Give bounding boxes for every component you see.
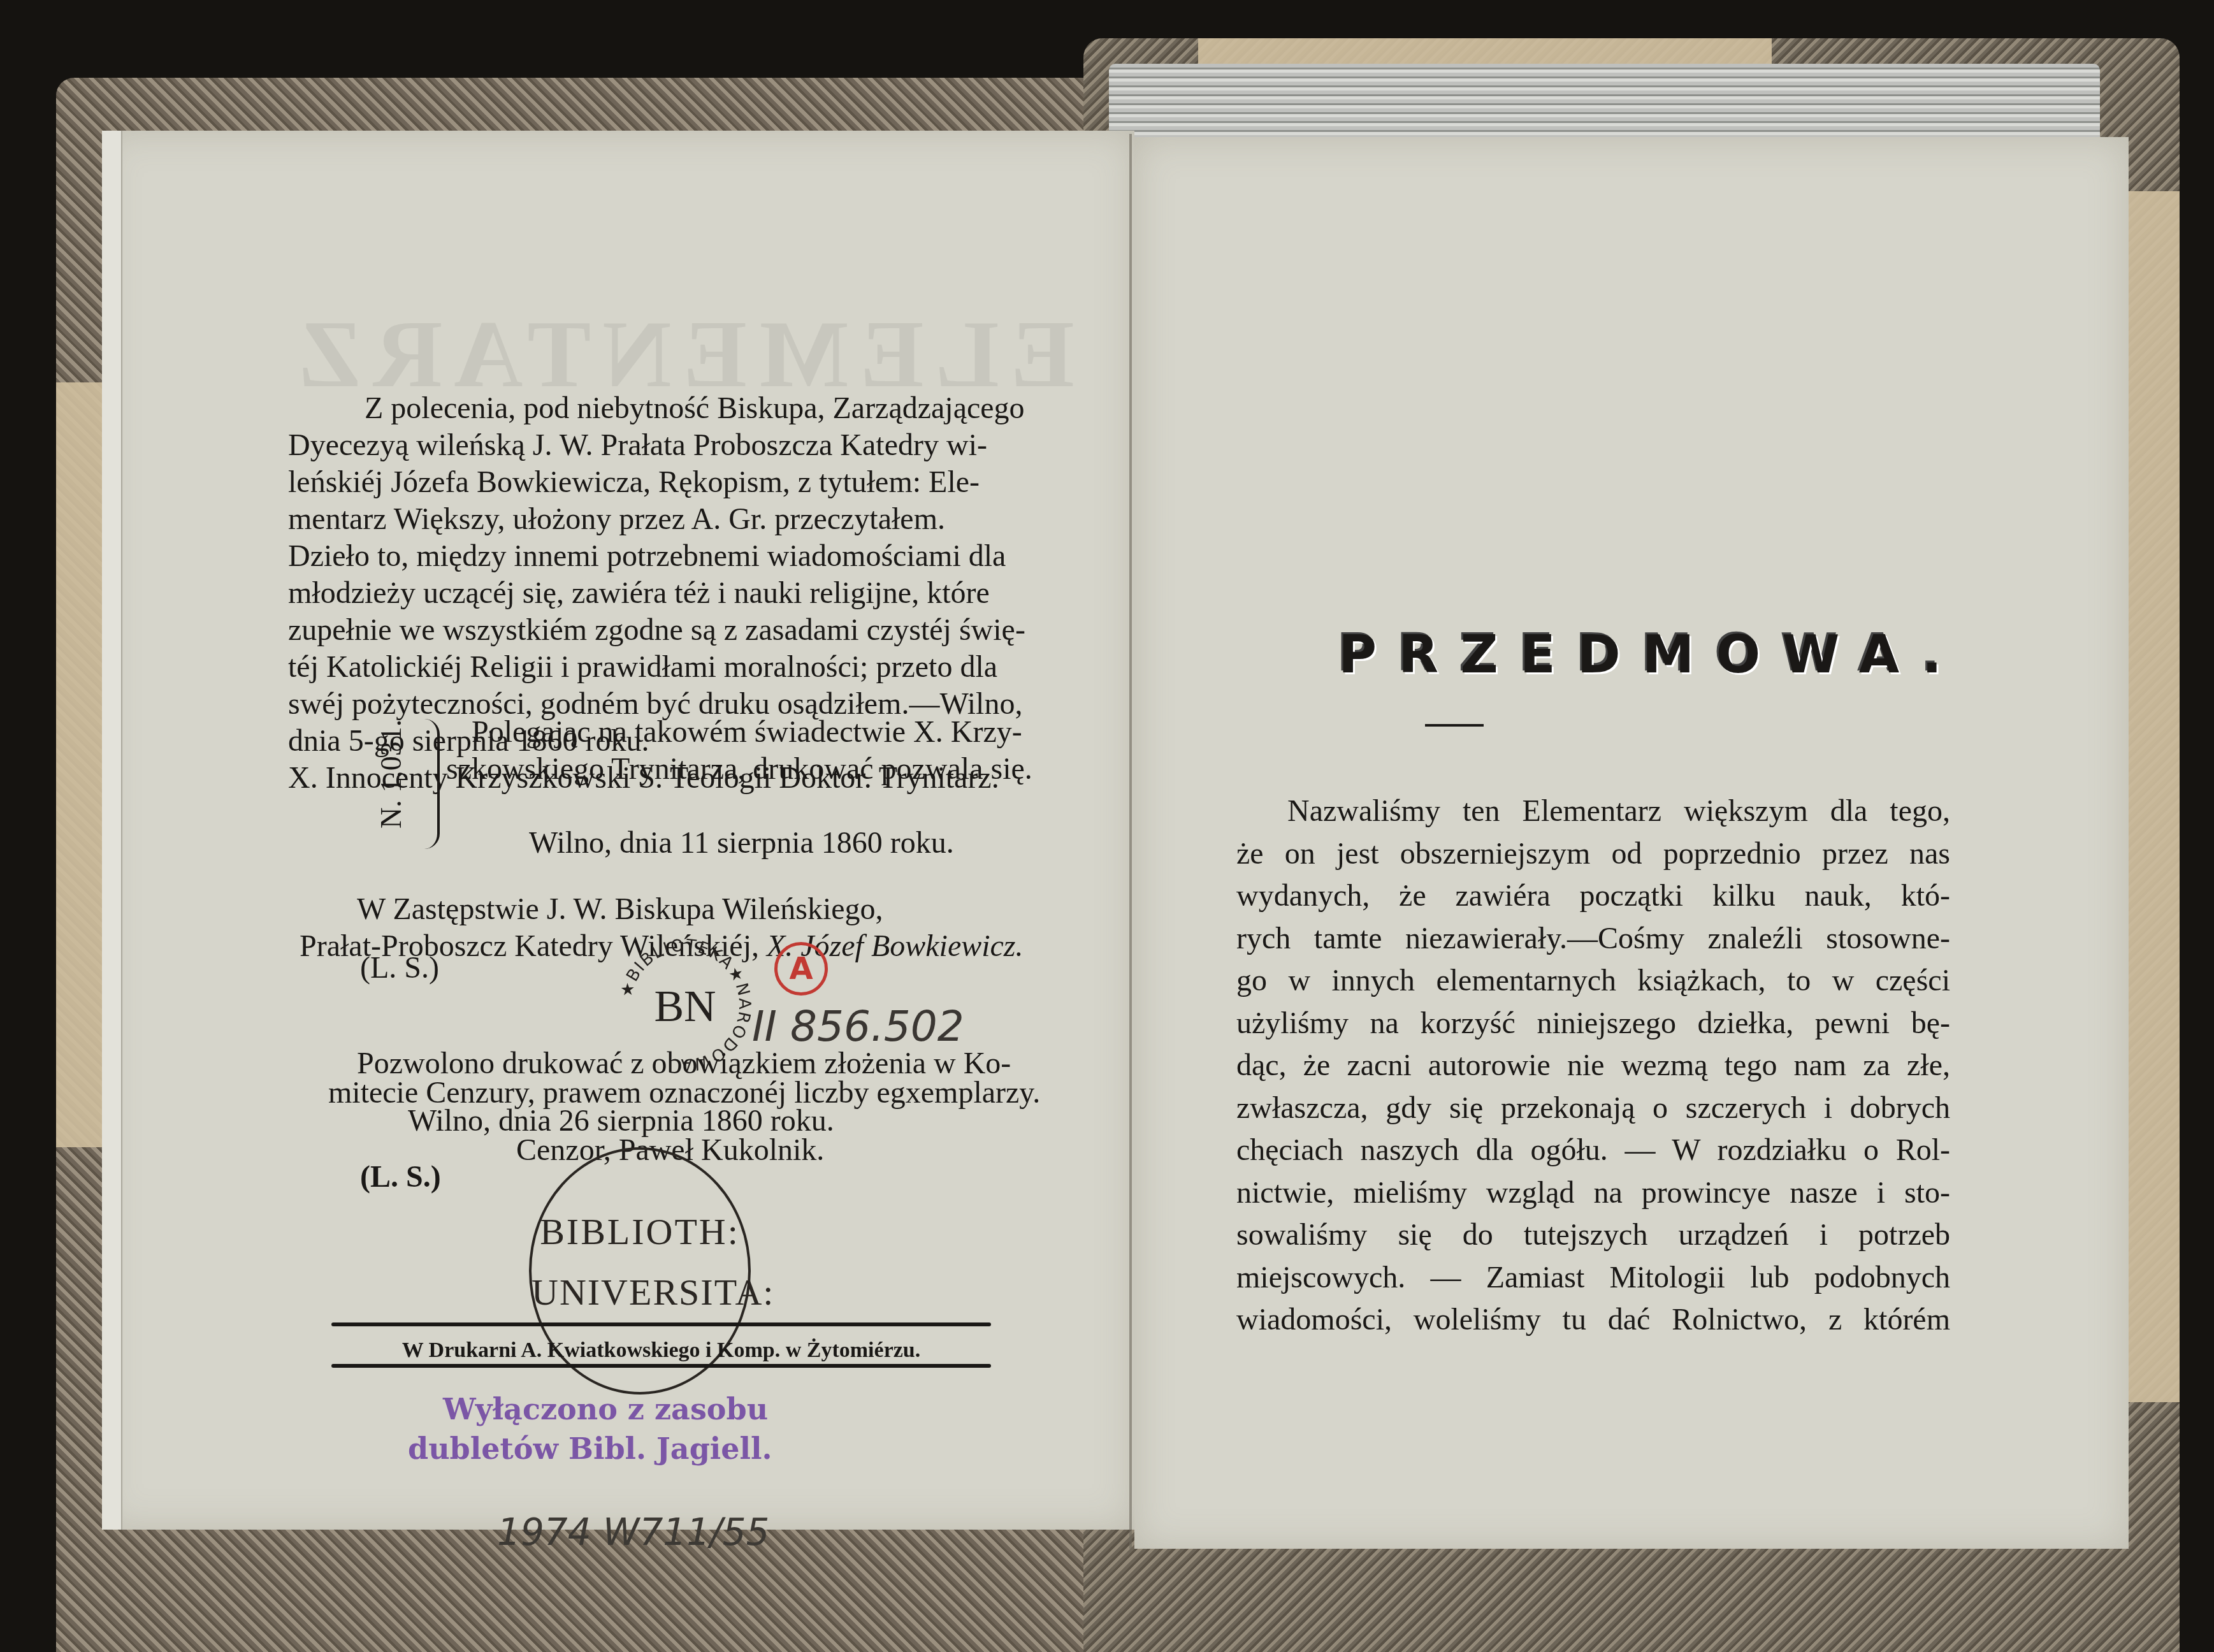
approbation-line: Z polecenia, pod niebytność Biskupa, Zar… bbox=[288, 390, 1040, 427]
decree-line-1: Polegając na takowém świadectwie X. Krzy… bbox=[446, 714, 1039, 751]
marbled-endpaper-left bbox=[56, 382, 107, 1147]
approbation-line: młodzieży uczącéj się, zawiéra téż i nau… bbox=[288, 575, 1040, 612]
approbation-line: Dyecezyą wileńską J. W. Prałata Proboszc… bbox=[288, 427, 1040, 464]
imprint-rule-bottom bbox=[331, 1364, 991, 1368]
preface-line: wiadomości, woleliśmy tu dać Rolnictwo, … bbox=[1236, 1299, 1950, 1342]
deaccession-stamp: Wyłączono z zasobu dubletów Bibl. Jagiel… bbox=[408, 1389, 772, 1468]
page-block-edge bbox=[1109, 64, 2100, 140]
preface-line: wydanych, że zawiéra początki kilku nauk… bbox=[1236, 875, 1950, 918]
preface-line: zwłaszcza, gdy się przekonają o szczeryc… bbox=[1236, 1087, 1950, 1130]
red-a-stamp: A bbox=[774, 942, 828, 996]
preface-text: Nazwaliśmy ten Elementarz większym dla t… bbox=[1236, 790, 1950, 1342]
preface-line: Nazwaliśmy ten Elementarz większym dla t… bbox=[1236, 790, 1950, 833]
deaccession-stamp-line-2: dubletów Bibl. Jagiell. bbox=[408, 1429, 772, 1468]
preface-line: chęciach naszych dla ogółu. — W rozdział… bbox=[1236, 1129, 1950, 1172]
preface-line: sowaliśmy się do tutejszych urządzeń i p… bbox=[1236, 1214, 1950, 1257]
preface-line: rych tamte niezawierały.—Cośmy znaleźli … bbox=[1236, 918, 1950, 960]
deaccession-stamp-line-1: Wyłączono z zasobu bbox=[408, 1389, 772, 1429]
locus-sigilli-2: (L. S.) bbox=[360, 1159, 441, 1196]
approbation-line: Dzieło to, między innemi potrzebnemi wia… bbox=[288, 538, 1040, 575]
inventory-number-handwritten: II 856.502 bbox=[752, 1002, 964, 1051]
preface-line: go w innych elementarnych książkach, to … bbox=[1236, 960, 1950, 1003]
title-rule bbox=[1425, 724, 1484, 727]
approbation-line: téj Katolickiéj Religii i prawidłami mor… bbox=[288, 649, 1040, 686]
decree-date: Wilno, dnia 11 sierpnia 1860 roku. bbox=[446, 825, 1039, 862]
preface-line: dąc, że zacni autorowie nie wezmą tego n… bbox=[1236, 1045, 1950, 1087]
decree-number: N. 1,031. bbox=[373, 720, 410, 829]
left-page-edge bbox=[102, 131, 122, 1530]
svg-text:BN: BN bbox=[654, 982, 716, 1031]
chapter-title: PRZEDMOWA. bbox=[1338, 625, 2039, 685]
approbation-line: leńskiéj Józefa Bowkiewicza, Rękopism, z… bbox=[288, 464, 1040, 501]
decree-block: Polegając na takowém świadectwie X. Krzy… bbox=[446, 714, 1039, 862]
book-gutter bbox=[1129, 134, 1132, 1549]
university-stamp-line-1: BIBLIOTH: bbox=[532, 1210, 748, 1253]
preface-line: miejscowych. — Zamiast Mitologii lub pod… bbox=[1236, 1257, 1950, 1300]
approbation-line: zupełnie we wszystkiém zgodne są z zasad… bbox=[288, 612, 1040, 649]
preface-line: użyliśmy na korzyść niniejszego dziełka,… bbox=[1236, 1003, 1950, 1045]
approbation-line: mentarz Większy, ułożony przez A. Gr. pr… bbox=[288, 501, 1040, 538]
university-stamp-line-2: UNIVERSITA: bbox=[532, 1271, 748, 1314]
imprint-rule-top bbox=[331, 1322, 991, 1326]
decree-signature-1: W Zastępstwie J. W. Biskupa Wileńskiego, bbox=[357, 891, 883, 928]
locus-sigilli-1: (L. S.) bbox=[360, 950, 439, 987]
decree-line-2: szkowskiego Trynitarza, drukować pozwala… bbox=[446, 751, 1039, 788]
shelfmark-handwritten: 1974 W711/55 bbox=[497, 1511, 769, 1554]
brace-divider bbox=[424, 719, 440, 849]
marbled-endpaper-right bbox=[2129, 191, 2180, 1402]
preface-line: że on jest obszerniejszym od poprzednio … bbox=[1236, 833, 1950, 876]
preface-line: nictwie, mieliśmy wzgląd na prowincye na… bbox=[1236, 1172, 1950, 1215]
